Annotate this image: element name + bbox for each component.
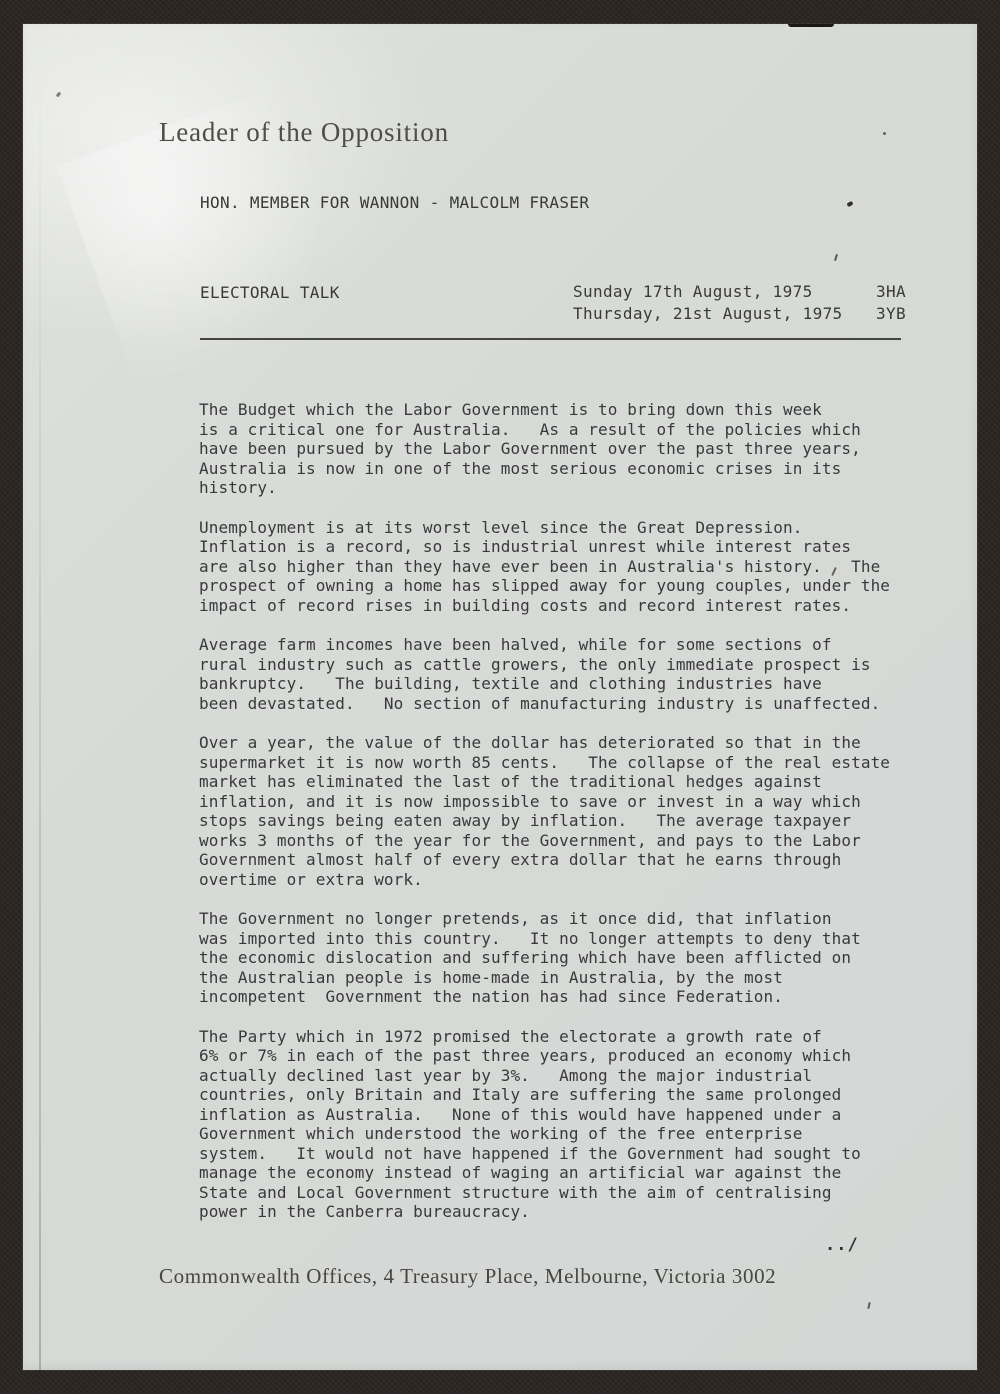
scan-speck	[834, 254, 838, 261]
body-paragraph: The Government no longer pretends, as it…	[199, 909, 919, 1007]
talk-label: ELECTORAL TALK	[200, 283, 340, 302]
header-divider-rule	[200, 338, 901, 340]
broadcast-schedule: Sunday 17th August, 1975 3HA Thursday, 2…	[573, 281, 906, 325]
document-paper: Leader of the Opposition HON. MEMBER FOR…	[23, 24, 977, 1370]
broadcast-row: Sunday 17th August, 1975 3HA	[573, 281, 906, 303]
broadcast-station: 3HA	[876, 282, 906, 301]
scan-speck	[56, 92, 62, 98]
scanned-document-page: { "document": { "letterhead": "Leader of…	[0, 0, 1000, 1394]
body-paragraph: The Party which in 1972 promised the ele…	[199, 1027, 919, 1222]
scan-speck	[883, 132, 886, 135]
body-paragraph: Average farm incomes have been halved, w…	[199, 635, 919, 713]
scan-edge-mark	[788, 24, 834, 27]
paper-crease-line	[39, 24, 41, 1370]
broadcast-station: 3YB	[876, 304, 906, 323]
broadcast-date: Sunday 17th August, 1975	[573, 281, 866, 303]
body-paragraph: The Budget which the Labor Government is…	[199, 400, 919, 498]
broadcast-row: Thursday, 21st August, 1975 3YB	[573, 303, 906, 325]
scan-speck	[867, 1302, 870, 1309]
continuation-mark: ../	[825, 1235, 859, 1255]
member-line: HON. MEMBER FOR WANNON - MALCOLM FRASER	[200, 193, 589, 212]
body-paragraph: Over a year, the value of the dollar has…	[199, 733, 919, 889]
footer-address: Commonwealth Offices, 4 Treasury Place, …	[159, 1264, 776, 1289]
body-paragraph: Unemployment is at its worst level since…	[199, 518, 919, 616]
scan-speck	[846, 201, 853, 207]
broadcast-date: Thursday, 21st August, 1975	[573, 303, 866, 325]
body-text: The Budget which the Labor Government is…	[199, 400, 919, 1242]
letterhead-title: Leader of the Opposition	[159, 116, 449, 148]
